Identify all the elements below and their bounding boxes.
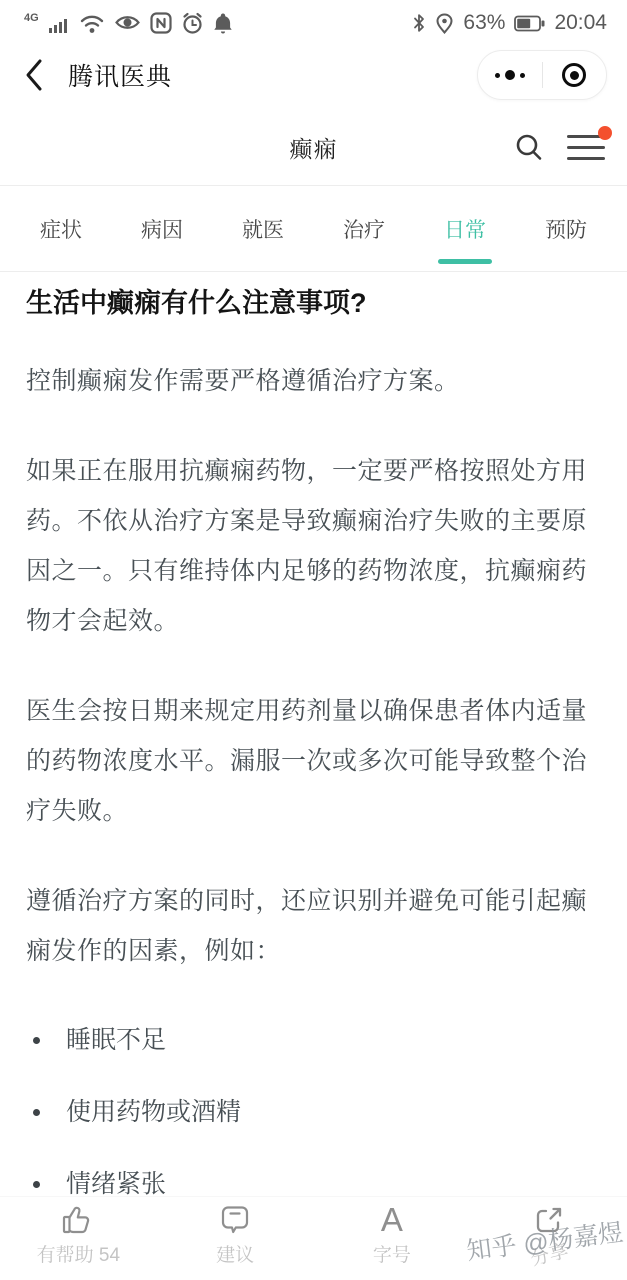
page-header: 癫痫 — [0, 110, 627, 186]
share-label: 分享 — [527, 1236, 570, 1271]
status-right-icons: 63% 20:04 — [412, 11, 607, 35]
miniprogram-capsule — [477, 50, 607, 100]
notification-bell-icon — [213, 12, 233, 34]
tab-prevention[interactable]: 预防 — [545, 186, 587, 271]
article-heading: 生活中癫痫有什么注意事项? — [26, 282, 601, 324]
search-icon[interactable] — [513, 132, 545, 164]
wifi-icon — [79, 12, 105, 34]
tab-treatment[interactable]: 治疗 — [343, 186, 385, 271]
more-dots-icon — [495, 70, 525, 80]
menu-icon[interactable] — [567, 134, 605, 162]
article-paragraph: 控制癫痫发作需要严格遵循治疗方案。 — [26, 356, 601, 406]
bluetooth-icon — [412, 13, 426, 33]
list-item: 使用药物或酒精 — [26, 1088, 601, 1136]
nav-bar: 腾讯医典 — [0, 40, 627, 110]
battery-percent-label: 63% — [463, 11, 505, 35]
tab-daily-life[interactable]: 日常 — [444, 186, 486, 271]
section-tab-bar: 症状 病因 就医 治疗 日常 预防 — [0, 186, 627, 272]
bottom-action-bar: 有帮助 54 建议 A 字号 分享 知乎 @杨嘉煜 — [0, 1196, 627, 1280]
article-paragraph: 如果正在服用抗癫痫药物，一定要严格按照处方用药。不依从治疗方案是导致癫痫治疗失败… — [26, 446, 601, 646]
thumbs-up-icon — [60, 1203, 96, 1237]
helpful-button[interactable]: 有帮助 54 — [0, 1197, 157, 1280]
clock-label: 20:04 — [554, 11, 607, 35]
location-icon — [435, 13, 454, 34]
back-button[interactable] — [24, 55, 54, 95]
alarm-clock-icon — [181, 12, 204, 34]
font-size-icon: A — [381, 1204, 403, 1236]
font-size-button[interactable]: A 字号 — [314, 1197, 471, 1280]
exit-target-icon — [562, 63, 586, 87]
helpful-label: 有帮助 54 — [37, 1240, 120, 1267]
tab-medical-visit[interactable]: 就医 — [242, 186, 284, 271]
article-paragraph: 遵循治疗方案的同时，还应识别并避免可能引起癫痫发作的因素，例如： — [26, 876, 601, 976]
app-title: 腾讯医典 — [68, 57, 172, 93]
tab-symptoms[interactable]: 症状 — [40, 186, 82, 271]
page-title: 癫痫 — [290, 131, 338, 164]
eye-comfort-icon — [114, 13, 141, 33]
signal-strength-icon — [48, 12, 70, 34]
font-size-label: 字号 — [373, 1240, 411, 1267]
phone-screen: 4G — [0, 0, 627, 1280]
share-button[interactable]: 分享 — [470, 1197, 627, 1280]
list-item: 睡眠不足 — [26, 1016, 601, 1064]
article-paragraph: 医生会按日期来规定用药剂量以确保患者体内适量的药物浓度水平。漏服一次或多次可能导… — [26, 686, 601, 836]
tab-causes[interactable]: 病因 — [141, 186, 183, 271]
more-options-button[interactable] — [478, 51, 542, 99]
status-bar: 4G — [0, 0, 627, 40]
close-miniprogram-button[interactable] — [543, 51, 607, 99]
battery-icon — [514, 15, 545, 32]
suggestion-button[interactable]: 建议 — [157, 1197, 314, 1280]
nfc-icon — [150, 12, 172, 34]
article-content: 生活中癫痫有什么注意事项? 控制癫痫发作需要严格遵循治疗方案。 如果正在服用抗癫… — [0, 272, 627, 1208]
status-left-icons: 4G — [24, 12, 233, 34]
suggestion-label: 建议 — [216, 1240, 254, 1267]
notification-dot — [598, 126, 612, 140]
network-type-label: 4G — [24, 12, 39, 24]
active-tab-underline — [438, 259, 492, 264]
share-icon — [532, 1203, 566, 1237]
back-chevron-icon — [24, 58, 44, 92]
comment-bubble-icon — [218, 1203, 252, 1237]
trigger-factor-list: 睡眠不足 使用药物或酒精 情绪紧张 — [26, 1016, 601, 1208]
